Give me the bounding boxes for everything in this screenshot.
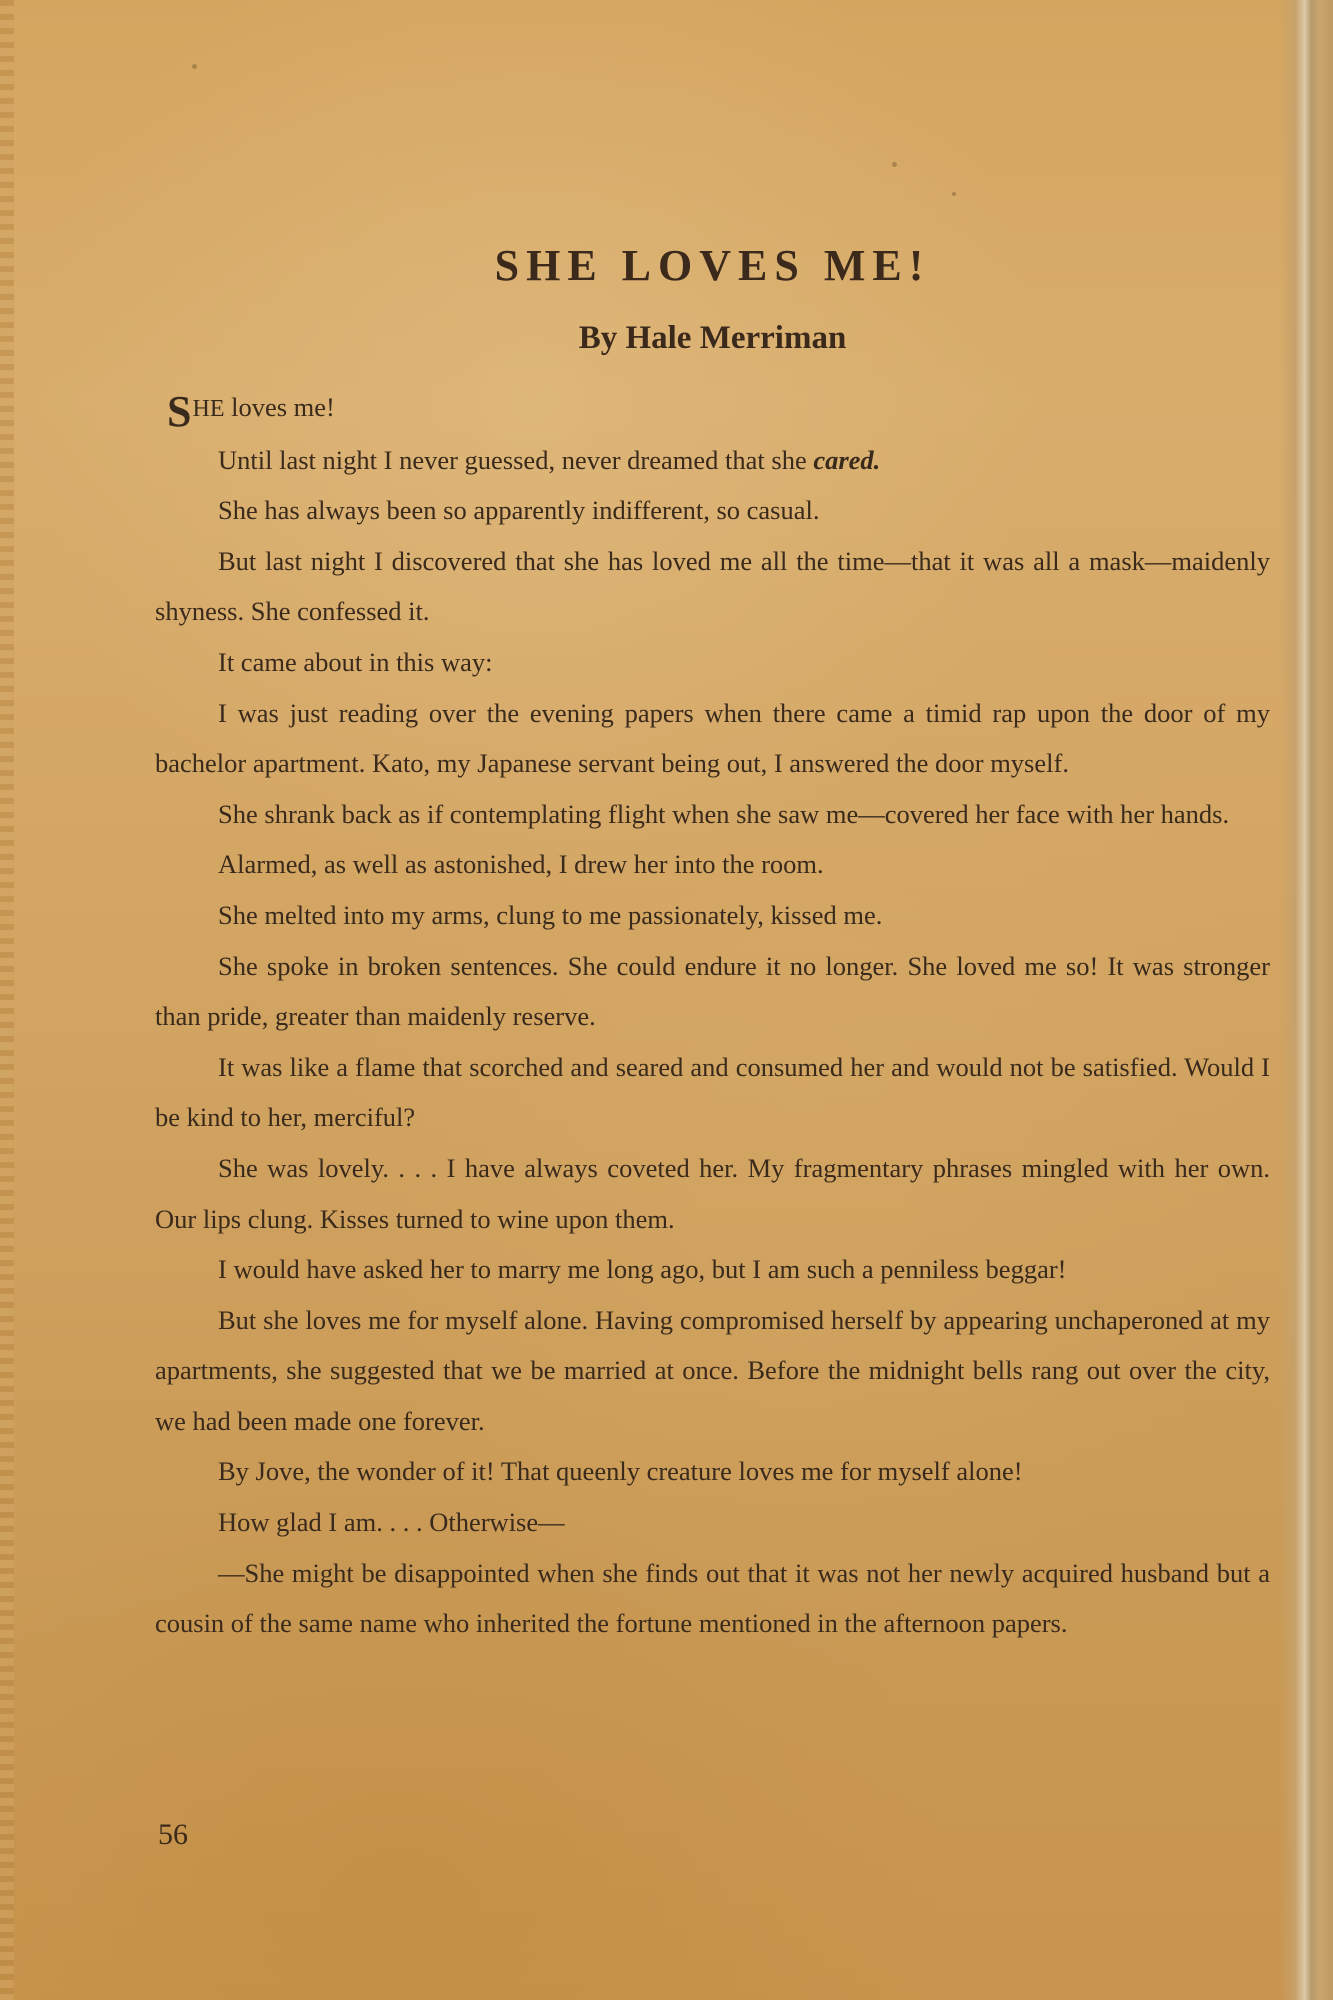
story-body: SHE loves me! Until last night I never g… — [155, 382, 1270, 1649]
opening-paragraph: SHE loves me! — [155, 382, 1270, 435]
paragraph: I was just reading over the evening pape… — [155, 688, 1270, 789]
paragraph: Alarmed, as well as astonished, I drew h… — [155, 839, 1270, 890]
book-page: SHE LOVES ME! By Hale Merriman SHE loves… — [0, 0, 1333, 2000]
opening-caps: HE — [192, 396, 224, 422]
opening-text: loves me! — [224, 392, 334, 422]
paragraph: She shrank back as if contemplating flig… — [155, 789, 1270, 840]
paragraph: By Jove, the wonder of it! That queenly … — [155, 1446, 1270, 1497]
paragraph: She spoke in broken sentences. She could… — [155, 941, 1270, 1042]
paragraph: I would have asked her to marry me long … — [155, 1244, 1270, 1295]
paper-speck — [952, 192, 956, 196]
paragraph: She has always been so apparently indiff… — [155, 485, 1270, 536]
paragraph: It came about in this way: — [155, 637, 1270, 688]
paragraph: She was lovely. . . . I have always cove… — [155, 1143, 1270, 1244]
paragraph: It was like a flame that scorched and se… — [155, 1042, 1270, 1143]
paragraph: But last night I discovered that she has… — [155, 536, 1270, 637]
paragraph: But she loves me for myself alone. Havin… — [155, 1295, 1270, 1447]
paragraph: She melted into my arms, clung to me pas… — [155, 890, 1270, 941]
story-byline: By Hale Merriman — [155, 320, 1270, 357]
paragraph: How glad I am. . . . Otherwise— — [155, 1497, 1270, 1548]
story-title: SHE LOVES ME! — [155, 240, 1270, 291]
paragraph: Until last night I never guessed, never … — [155, 435, 1270, 486]
page-binding-edge — [0, 0, 14, 2000]
paper-speck — [892, 162, 897, 167]
page-worn-edge — [1279, 0, 1333, 2000]
emphasis-text: cared. — [813, 445, 880, 475]
drop-cap: S — [167, 387, 191, 436]
page-number: 56 — [158, 1818, 188, 1852]
paper-speck — [192, 64, 197, 69]
paragraph-text: Until last night I never guessed, never … — [218, 445, 813, 475]
paragraph: —She might be disappointed when she find… — [155, 1548, 1270, 1649]
